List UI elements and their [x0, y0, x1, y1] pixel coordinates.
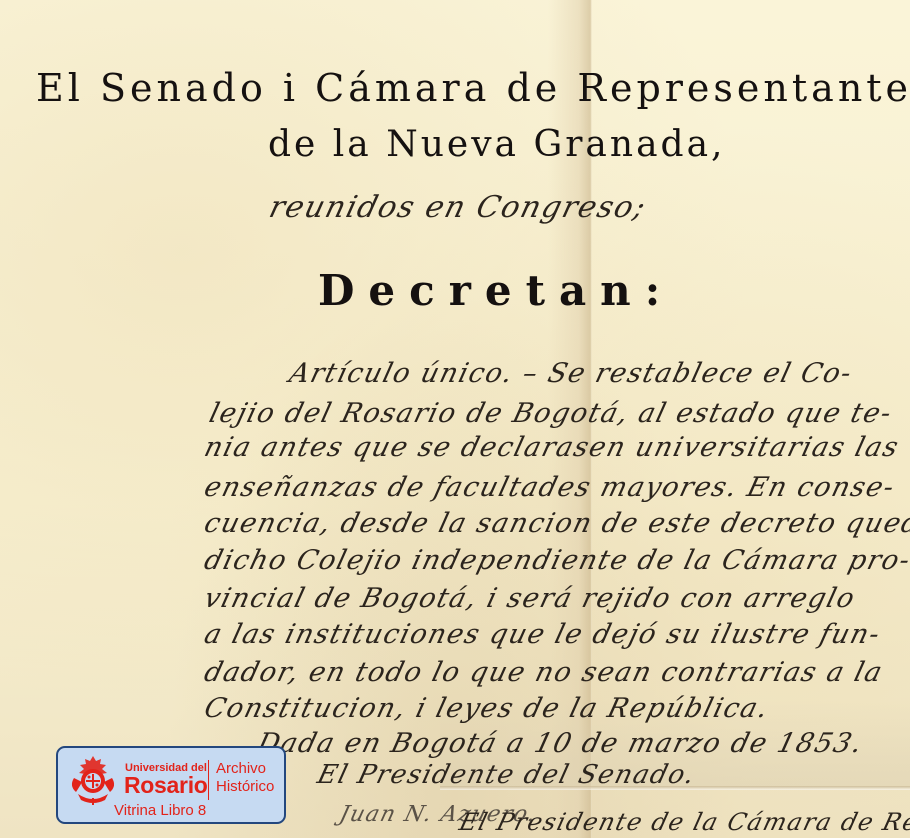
senate-president-title: El Presidente del Senado.: [314, 760, 699, 790]
archive-label-line-2: Histórico: [216, 778, 274, 795]
body-line: cuencia, desde la sancion de este decret…: [201, 508, 910, 539]
institution-name-big: Rosario: [124, 772, 208, 799]
decree-title: Decretan:: [318, 266, 674, 315]
heading-line-1: El Senado i Cámara de Representantes: [36, 66, 910, 110]
body-line: lejio del Rosario de Bogotá, al estado q…: [206, 398, 896, 429]
dated-line: Dada en Bogotá a 10 de marzo de 1853.: [254, 728, 866, 759]
body-line: Artículo único. – Se restablece el Co-: [286, 358, 856, 389]
archive-label-line-1: Archivo: [216, 760, 266, 777]
heading-line-2: de la Nueva Granada,: [268, 124, 725, 165]
body-line: dicho Colejio independiente de la Cámara…: [201, 545, 910, 576]
body-line: nia antes que se declarasen universitari…: [201, 432, 902, 463]
badge-divider: [208, 760, 209, 800]
body-line: Constitucion, i leyes de la República.: [201, 693, 772, 724]
body-line: enseñanzas de facultades mayores. En con…: [201, 472, 898, 503]
archive-badge: Universidad del Rosario Archivo Históric…: [56, 746, 286, 824]
heading-line-3: reunidos en Congreso;: [266, 190, 651, 225]
exhibit-label: Vitrina Libro 8: [114, 802, 206, 819]
university-crest-icon: [68, 754, 118, 806]
body-line: vincial de Bogotá, i será rejido con arr…: [201, 583, 859, 614]
body-line: dador, en todo lo que no sean contrarias…: [201, 657, 886, 688]
chamber-president-title: El Presidente de la Cámara de Represent.: [457, 808, 910, 836]
body-line: a las instituciones que le dejó su ilust…: [201, 619, 884, 650]
